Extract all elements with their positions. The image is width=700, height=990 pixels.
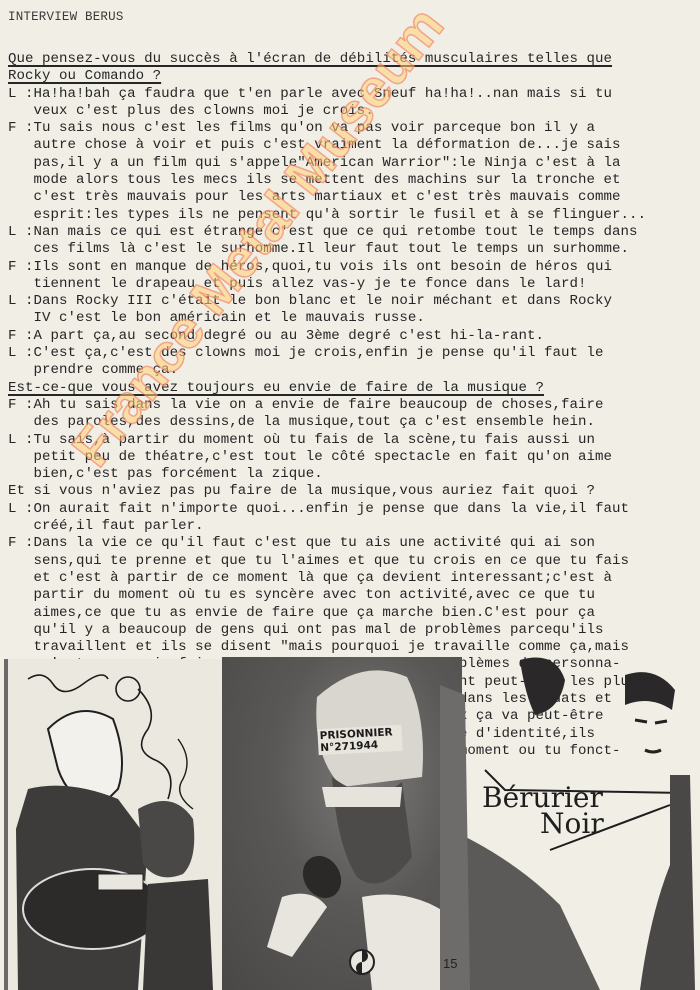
singer-microphone-image: [222, 657, 462, 990]
answer-line: petit peu de théatre,c'est tout le côté …: [8, 449, 698, 466]
answer-line: et c'est à partir de ce moment là que ça…: [8, 570, 698, 587]
question-line: Et si vous n'aviez pas pu faire de la mu…: [8, 483, 698, 500]
answer-line: bien,c'est pas forcément la zique.: [8, 466, 698, 483]
answer-line: mode alors tous les mecs ils se mettent …: [8, 172, 698, 189]
prisoner-cap-caption: PRISONNIER N°271944: [317, 725, 402, 755]
drawing-guitarist-image: [4, 659, 226, 990]
answer-line: L :Tu sais,à partir du moment où tu fais…: [8, 432, 698, 449]
answer-line: créé,il faut parler.: [8, 518, 698, 535]
answer-line: L :Dans Rocky III c'était le bon blanc e…: [8, 293, 698, 310]
answer-line: travaillent et ils se disent "mais pourq…: [8, 639, 698, 656]
answer-line: ces films là c'est le surhomme.Il leur f…: [8, 241, 698, 258]
answer-line: L :Ha!ha!bah ça faudra que t'en parle av…: [8, 86, 698, 103]
answer-line: veux c'est plus des clowns moi je crois.: [8, 103, 698, 120]
answer-line: IV c'est le bon américain et le mauvais …: [8, 310, 698, 327]
band-logo: Bérurier Noir: [482, 785, 604, 837]
answer-line: sens,qui te prenne et que tu l'aimes et …: [8, 553, 698, 570]
answer-line: F :Ah tu sais dans la vie on a envie de …: [8, 397, 698, 414]
question-line: Rocky ou Comando ?: [8, 68, 698, 85]
page-header-title: INTERVIEW BERUS: [8, 10, 124, 24]
answer-line: F :Dans la vie ce qu'il faut c'est que t…: [8, 535, 698, 552]
question-line: Que pensez-vous du succès à l'écran de d…: [8, 51, 698, 68]
page-number: 15: [443, 956, 457, 971]
question-line: Est-ce-que vous avez toujours eu envie d…: [8, 380, 698, 397]
answer-line: L :On aurait fait n'importe quoi...enfin…: [8, 501, 698, 518]
answer-line: L :C'est ça,c'est des clowns moi je croi…: [8, 345, 698, 362]
answer-line: F :Ils sont en manque de héros,quoi,tu v…: [8, 259, 698, 276]
answer-line: F :A part ça,au second degré ou au 3ème …: [8, 328, 698, 345]
answer-line: esprit:les types ils ne pensent qu'à sor…: [8, 207, 698, 224]
answer-line: qu'il y a beaucoup de gens qui ont pas m…: [8, 622, 698, 639]
answer-line: F :Tu sais nous c'est les films qu'on va…: [8, 120, 698, 137]
answer-line: pas,il y a un film qui s'appele"American…: [8, 155, 698, 172]
magazine-page: INTERVIEW BERUS Que pensez-vous du succè…: [0, 0, 700, 990]
answer-line: tiennent le drapeau et puis allez vas-y …: [8, 276, 698, 293]
answer-line: autre chose à voir et puis c'est vraimen…: [8, 137, 698, 154]
answer-line: aimes,ce que tu as envie de faire que ça…: [8, 605, 698, 622]
answer-line: des paroles,des dessins,de la musique,to…: [8, 414, 698, 431]
answer-line: c'est très mauvais pour les arts martiau…: [8, 189, 698, 206]
answer-line: L :Nan mais ce qui est étrange c'est que…: [8, 224, 698, 241]
answer-line: partir du moment où tu es syncère avec t…: [8, 587, 698, 604]
answer-line: prendre comme ça.: [8, 362, 698, 379]
